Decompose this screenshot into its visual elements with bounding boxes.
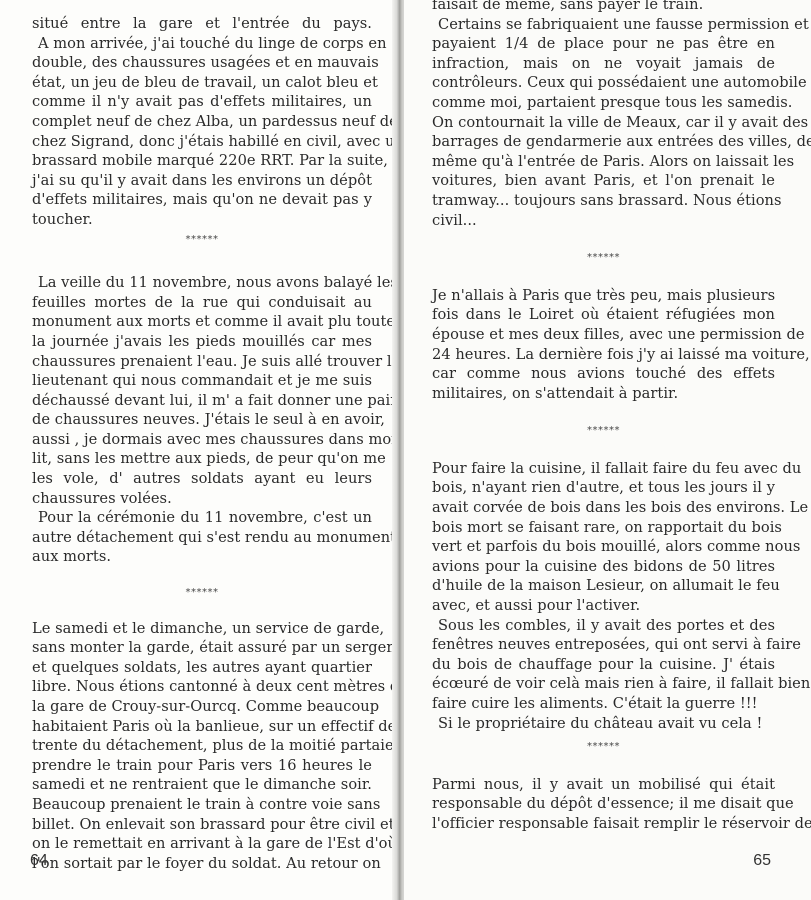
text-line: bois, n'ayant rien d'autre, et tous les … bbox=[432, 478, 775, 498]
text-line: faire cuire les aliments. C'était la gue… bbox=[432, 694, 775, 714]
text-line: vert et parfois du bois mouillé, alors c… bbox=[432, 537, 775, 557]
spacer bbox=[32, 249, 372, 273]
text-line: autre détachement qui s'est rendu au mon… bbox=[32, 528, 372, 548]
text-line: comme il n'y avait pas d'effets militair… bbox=[32, 92, 372, 112]
text-line: samedi et ne rentraient que le dimanche … bbox=[32, 775, 372, 795]
text-line: tramway... toujours sans brassard. Nous … bbox=[432, 191, 775, 211]
spacer bbox=[432, 757, 775, 775]
text-line: état, un jeu de bleu de travail, un calo… bbox=[32, 73, 372, 93]
text-line: On contournait la ville de Meaux, car il… bbox=[432, 113, 775, 133]
text-line: trente du détachement, plus de la moitié… bbox=[32, 736, 372, 756]
section-separator: ****** bbox=[32, 230, 372, 250]
text-line: la journée j'avais les pieds mouillés ca… bbox=[32, 332, 372, 352]
text-line: comme moi, partaient presque tous les sa… bbox=[432, 93, 775, 113]
right-page: faisait de même, sans payer le train. Ce… bbox=[404, 0, 811, 900]
text-line: l'officier responsable faisait remplir l… bbox=[432, 814, 775, 834]
text-line: Beaucoup prenaient le train à contre voi… bbox=[32, 795, 372, 815]
text-line: aussi , je dormais avec mes chaussures d… bbox=[32, 430, 372, 450]
section-separator: ****** bbox=[432, 248, 775, 268]
page-number: 65 bbox=[753, 852, 771, 870]
spacer bbox=[432, 441, 775, 459]
left-page-text: situé entre la gare et l'entrée du pays.… bbox=[32, 14, 372, 873]
spacer bbox=[32, 567, 372, 583]
text-line: Pour faire la cuisine, il fallait faire … bbox=[432, 459, 775, 479]
text-line: chaussures prenaient l'eau. Je suis allé… bbox=[32, 352, 372, 372]
text-line: avait corvée de bois dans les bois des e… bbox=[432, 498, 775, 518]
spacer bbox=[32, 603, 372, 619]
text-line: A mon arrivée, j'ai touché du linge de c… bbox=[32, 34, 372, 54]
section-separator: ****** bbox=[32, 583, 372, 603]
spacer bbox=[432, 268, 775, 286]
text-line: de chaussures neuves. J'étais le seul à … bbox=[32, 410, 372, 430]
text-line: habitaient Paris où la banlieue, sur un … bbox=[32, 717, 372, 737]
text-line: même qu'à l'entrée de Paris. Alors on la… bbox=[432, 152, 775, 172]
text-line: aux morts. bbox=[32, 547, 372, 567]
text-line: La veille du 11 novembre, nous avons bal… bbox=[32, 273, 372, 293]
text-line: l'on sortait par le foyer du soldat. Au … bbox=[32, 854, 372, 874]
text-line: chez Sigrand, donc j'étais habillé en ci… bbox=[32, 132, 372, 152]
text-line: responsable du dépôt d'essence; il me di… bbox=[432, 794, 775, 814]
text-line: barrages de gendarmerie aux entrées des … bbox=[432, 132, 775, 152]
text-line: toucher. bbox=[32, 210, 372, 230]
text-line: faisait de même, sans payer le train. bbox=[432, 0, 775, 15]
text-line: j'ai su qu'il y avait dans les environs … bbox=[32, 171, 372, 191]
text-line: lieutenant qui nous commandait et je me … bbox=[32, 371, 372, 391]
right-page-text: faisait de même, sans payer le train. Ce… bbox=[432, 0, 775, 834]
text-line: militaires, on s'attendait à partir. bbox=[432, 384, 775, 404]
text-line: brassard mobile marqué 220e RRT. Par la … bbox=[32, 151, 372, 171]
text-line: Parmi nous, il y avait un mobilisé qui é… bbox=[432, 775, 775, 795]
text-line: et quelques soldats, les autres ayant qu… bbox=[32, 658, 372, 678]
text-line: complet neuf de chez Alba, un pardessus … bbox=[32, 112, 372, 132]
section-separator: ****** bbox=[432, 421, 775, 441]
text-line: Je n'allais à Paris que très peu, mais p… bbox=[432, 286, 775, 306]
text-line: double, des chaussures usagées et en mau… bbox=[32, 53, 372, 73]
text-line: Certains se fabriquaient une fausse perm… bbox=[432, 15, 775, 35]
book-spread: situé entre la gare et l'entrée du pays.… bbox=[0, 0, 811, 900]
text-line: infraction, mais on ne voyait jamais de bbox=[432, 54, 775, 74]
text-line: lit, sans les mettre aux pieds, de peur … bbox=[32, 449, 372, 469]
text-line: feuilles mortes de la rue qui conduisait… bbox=[32, 293, 372, 313]
text-line: sans monter la garde, était assuré par u… bbox=[32, 638, 372, 658]
text-line: bois mort se faisant rare, on rapportait… bbox=[432, 518, 775, 538]
text-line: Pour la cérémonie du 11 novembre, c'est … bbox=[32, 508, 372, 528]
text-line: avions pour la cuisine des bidons de 50 … bbox=[432, 557, 775, 577]
text-line: situé entre la gare et l'entrée du pays. bbox=[32, 14, 372, 34]
text-line: les vole, d' autres soldats ayant eu leu… bbox=[32, 469, 372, 489]
text-line: d'effets militaires, mais qu'on ne devai… bbox=[32, 190, 372, 210]
text-line: Si le propriétaire du château avait vu c… bbox=[432, 714, 775, 734]
text-line: car comme nous avions touché des effets bbox=[432, 364, 775, 384]
text-line: déchaussé devant lui, il m' a fait donne… bbox=[32, 391, 372, 411]
section-separator: ****** bbox=[432, 737, 775, 757]
text-line: payaient 1/4 de place pour ne pas être e… bbox=[432, 34, 775, 54]
text-line: contrôleurs. Ceux qui possédaient une au… bbox=[432, 73, 775, 93]
text-line: d'huile de la maison Lesieur, on allumai… bbox=[432, 576, 775, 596]
text-line: Le samedi et le dimanche, un service de … bbox=[32, 619, 372, 639]
text-line: chaussures volées. bbox=[32, 489, 372, 509]
text-line: la gare de Crouy-sur-Ourcq. Comme beauco… bbox=[32, 697, 372, 717]
text-line: Sous les combles, il y avait des portes … bbox=[432, 616, 775, 636]
text-line: avec, et aussi pour l'activer. bbox=[432, 596, 775, 616]
text-line: fois dans le Loiret où étaient réfugiées… bbox=[432, 305, 775, 325]
spacer bbox=[432, 230, 775, 248]
text-line: libre. Nous étions cantonné à deux cent … bbox=[32, 677, 372, 697]
text-line: 24 heures. La dernière fois j'y ai laiss… bbox=[432, 345, 775, 365]
left-page: situé entre la gare et l'entrée du pays.… bbox=[0, 0, 398, 900]
text-line: fenêtres neuves entreposées, qui ont ser… bbox=[432, 635, 775, 655]
text-line: on le remettait en arrivant à la gare de… bbox=[32, 834, 372, 854]
page-number: 64 bbox=[30, 852, 48, 870]
text-line: civil... bbox=[432, 211, 775, 231]
text-line: écœuré de voir celà mais rien à faire, i… bbox=[432, 674, 775, 694]
spacer bbox=[432, 403, 775, 421]
text-line: billet. On enlevait son brassard pour êt… bbox=[32, 815, 372, 835]
text-line: épouse et mes deux filles, avec une perm… bbox=[432, 325, 775, 345]
text-line: voitures, bien avant Paris, et l'on pren… bbox=[432, 171, 775, 191]
text-line: prendre le train pour Paris vers 16 heur… bbox=[32, 756, 372, 776]
text-line: du bois de chauffage pour la cuisine. J'… bbox=[432, 655, 775, 675]
text-line: monument aux morts et comme il avait plu… bbox=[32, 312, 372, 332]
